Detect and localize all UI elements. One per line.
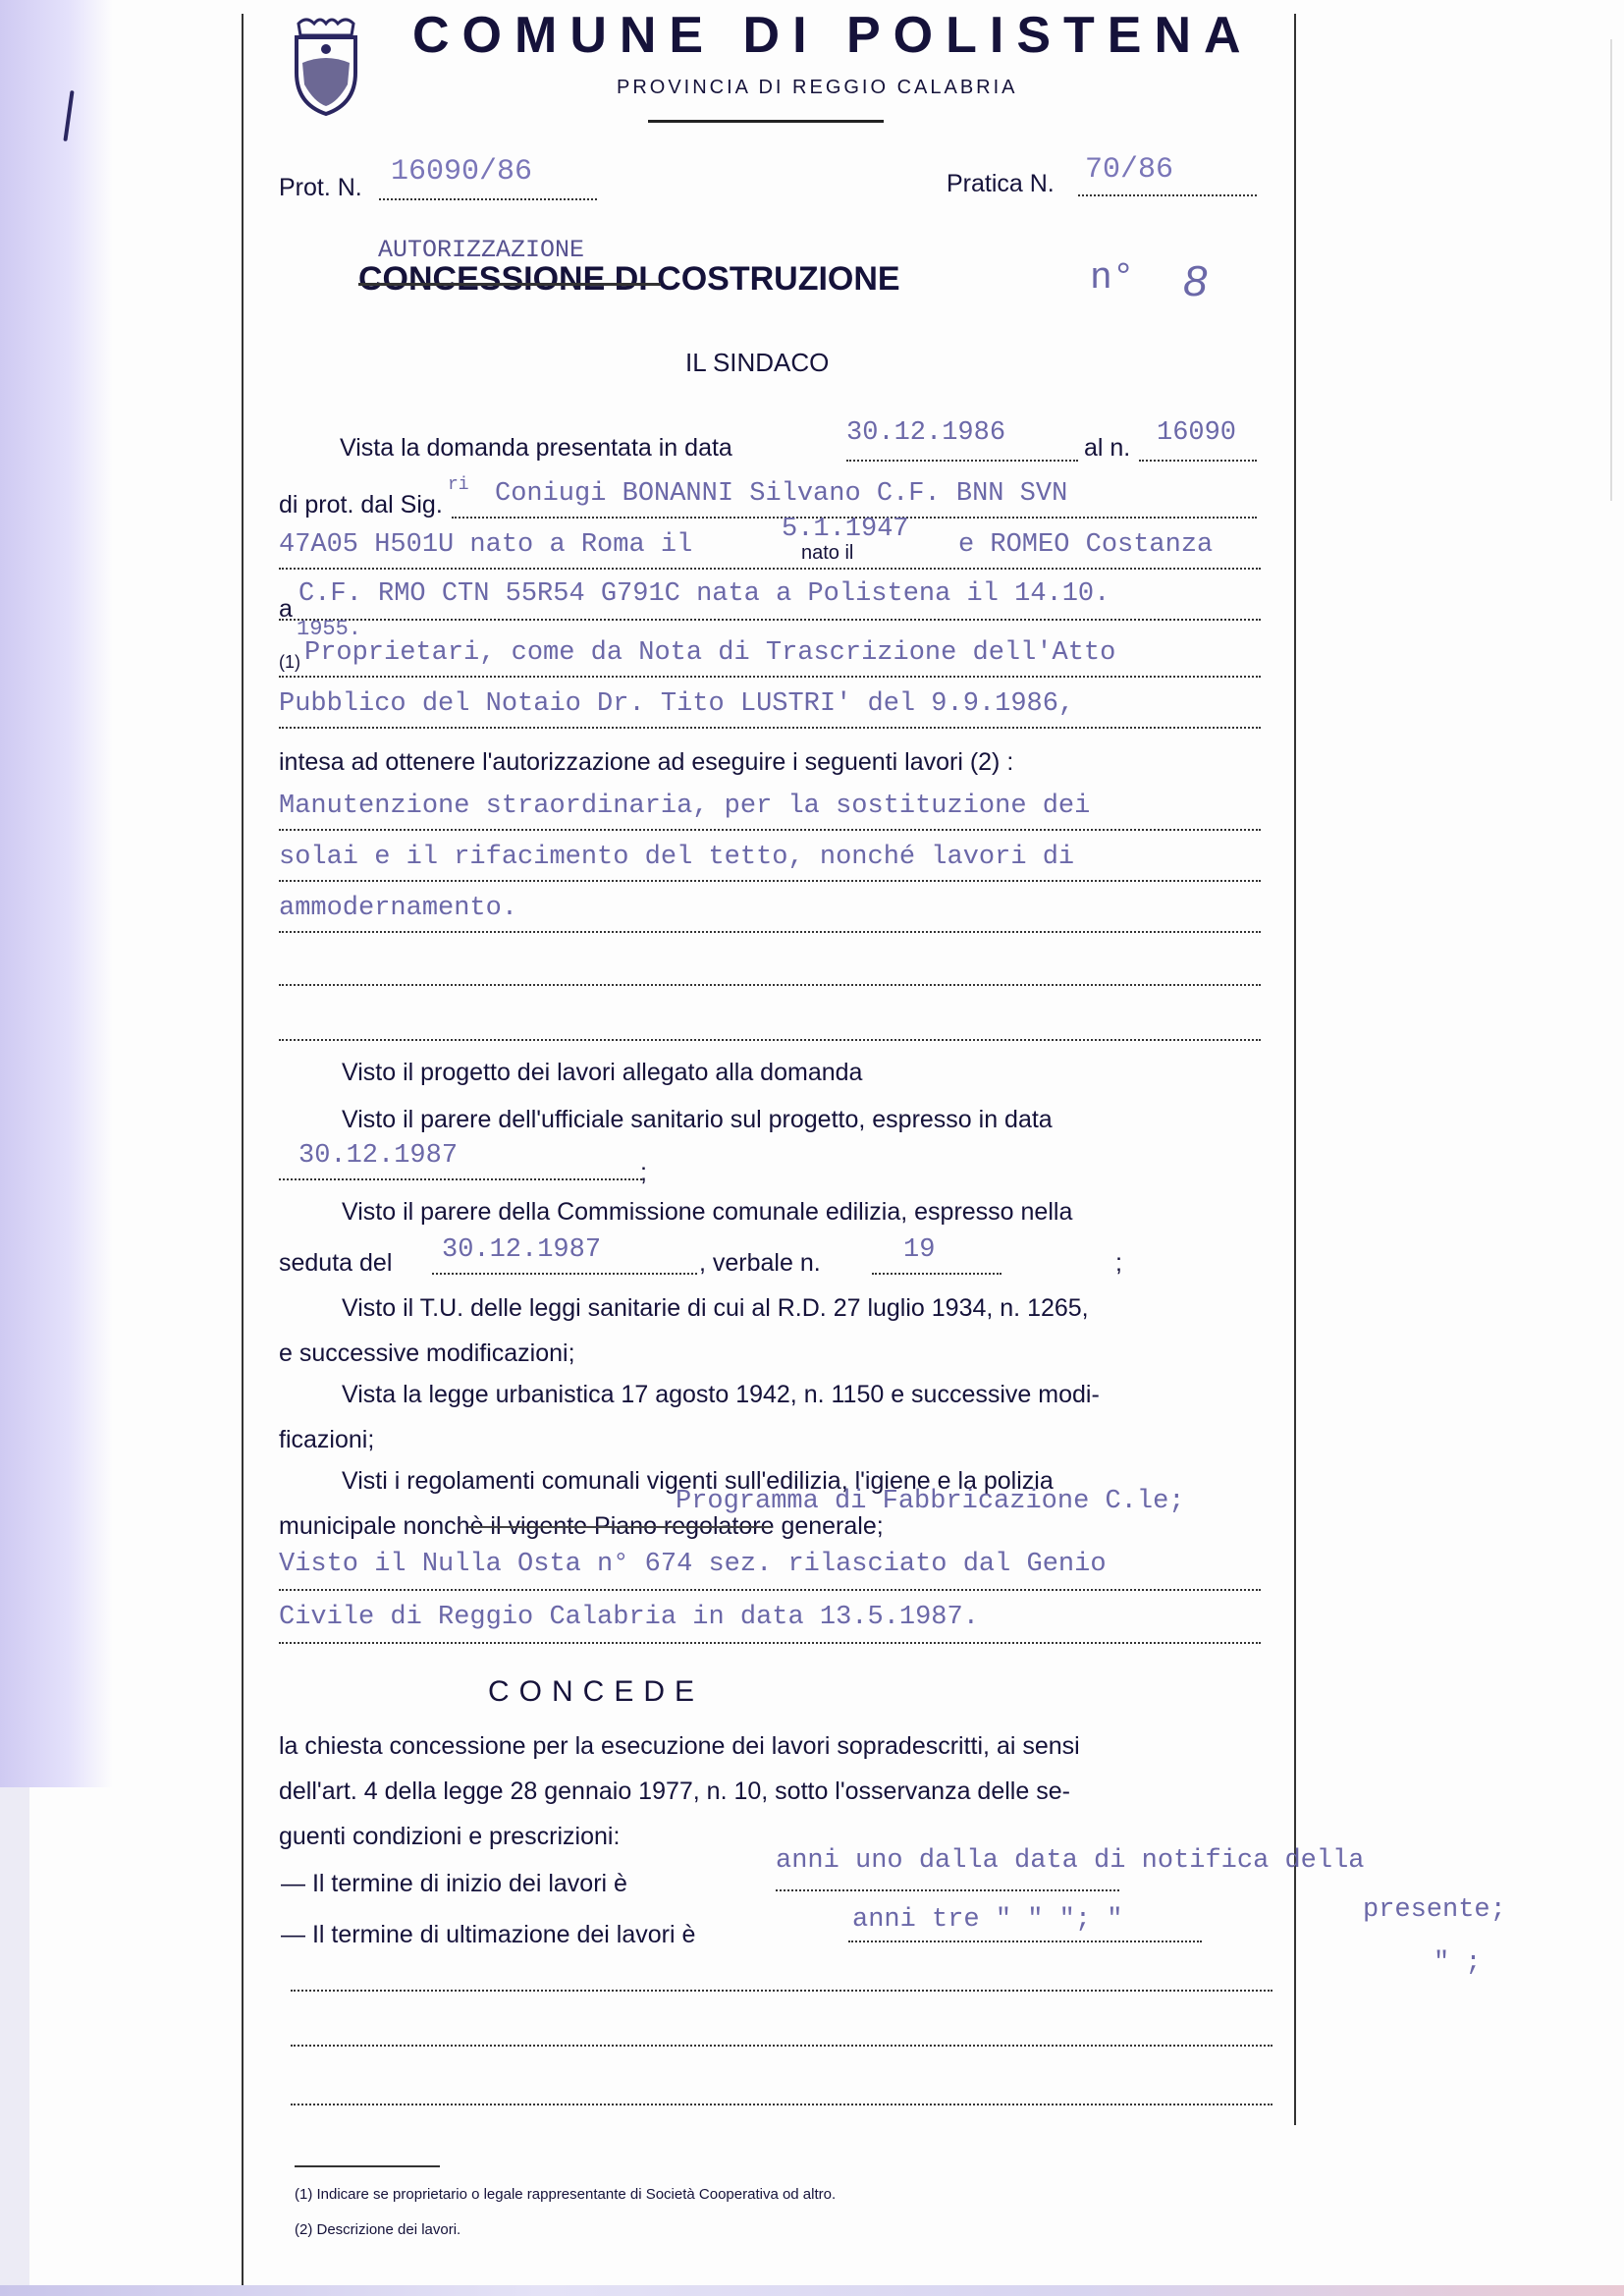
- continuation-text: presente;: [1363, 1895, 1506, 1925]
- authority-heading: IL SINDACO: [685, 348, 829, 378]
- consideration-progetto: Visto il progetto dei lavori allegato al…: [342, 1059, 862, 1087]
- consideration-urbanistica-cont: ficazioni;: [279, 1426, 374, 1454]
- applicant-suffix: ri: [448, 475, 469, 495]
- grant-text: guenti condizioni e prescrizioni:: [279, 1823, 620, 1851]
- document-title: CONCESSIONE DI COSTRUZIONE: [358, 260, 900, 299]
- pratica-number: 70/86: [1085, 153, 1173, 187]
- field-line: [291, 1990, 1272, 1992]
- scan-edge: [1610, 39, 1612, 501]
- title-number: 8: [1183, 257, 1207, 306]
- grant-text: dell'art. 4 della legge 28 gennaio 1977,…: [279, 1777, 1070, 1806]
- verbale-number: 19: [903, 1235, 935, 1265]
- pratica-field-line: [1078, 194, 1257, 196]
- typed-correction: Programma di Fabbricazione C.le;: [676, 1487, 1184, 1516]
- prot-field-line: [379, 198, 597, 200]
- works-line: Manutenzione straordinaria, per la sosti…: [279, 792, 1090, 821]
- birth-date: 5.1.1947: [782, 515, 909, 544]
- application-num: 16090: [1157, 418, 1236, 448]
- consideration-urbanistica: Vista la legge urbanistica 17 agosto 194…: [342, 1381, 1100, 1409]
- application-num-label: al n.: [1084, 434, 1130, 463]
- field-line: [279, 568, 1261, 570]
- consideration-sanitario: Visto il parere dell'ufficiale sanitario…: [342, 1106, 1053, 1134]
- works-line: ammodernamento.: [279, 894, 517, 923]
- field-line: [279, 984, 1261, 986]
- scan-edge-bottom: [0, 2285, 1624, 2296]
- prot-label: Prot. N.: [279, 174, 362, 202]
- header-rule: [648, 120, 884, 123]
- application-label: Vista la domanda presentata in data: [340, 434, 732, 463]
- page-border-right: [1294, 14, 1296, 2125]
- municipality-name: COMUNE DI POLISTENA: [412, 6, 1254, 65]
- applicant-line: Pubblico del Notaio Dr. Tito LUSTRI' del…: [279, 689, 1074, 719]
- seduta-label: seduta del: [279, 1249, 392, 1278]
- pratica-label: Pratica N.: [947, 170, 1055, 198]
- field-line: [846, 460, 1078, 462]
- consideration-tu: Visto il T.U. delle leggi sanitarie di c…: [342, 1294, 1089, 1323]
- grant-text: la chiesta concessione per la esecuzione…: [279, 1732, 1080, 1761]
- sanitario-date: 30.12.1987: [298, 1141, 458, 1171]
- field-line: [279, 619, 1261, 621]
- field-line: [848, 1941, 1202, 1942]
- seduta-date: 30.12.1987: [442, 1235, 601, 1265]
- applicant-line: Proprietari, come da Nota di Trascrizion…: [304, 638, 1115, 668]
- scan-margin-tint: [0, 0, 113, 1787]
- field-line: [872, 1273, 1001, 1275]
- inizio-label: — Il termine di inizio dei lavori è: [281, 1870, 627, 1898]
- field-line: [279, 829, 1261, 831]
- field-line: [279, 880, 1261, 882]
- applicant-line: 47A05 H501U nato a Roma il: [279, 530, 692, 560]
- title-number-prefix: n°: [1090, 257, 1135, 300]
- nulla-osta-line: Visto il Nulla Osta n° 674 sez. rilascia…: [279, 1550, 1107, 1579]
- field-line: [432, 1273, 697, 1275]
- application-date: 30.12.1986: [846, 418, 1005, 448]
- title-strikethrough: [358, 283, 661, 286]
- works-line: solai e il rifacimento del tetto, nonché…: [279, 843, 1074, 872]
- punct: ;: [640, 1159, 647, 1187]
- consideration-commissione: Visto il parere della Commissione comuna…: [342, 1198, 1072, 1227]
- works-intro: intesa ad ottenere l'autorizzazione ad e…: [279, 748, 1013, 777]
- field-line: [279, 1039, 1261, 1041]
- printed-nato-label: nato il: [801, 542, 853, 565]
- grant-heading: CONCEDE: [0, 1675, 1408, 1709]
- field-line: [279, 676, 1261, 678]
- applicant-line: e ROMEO Costanza: [958, 530, 1213, 560]
- footnote-2: (2) Descrizione dei lavori.: [295, 2221, 460, 2238]
- inizio-value: anni uno dalla data di notifica della: [776, 1846, 1365, 1876]
- coat-of-arms-icon: [287, 14, 365, 116]
- applicant-line: Coniugi BONANNI Silvano C.F. BNN SVN: [495, 479, 1067, 509]
- field-line: [279, 1589, 1261, 1591]
- field-line: [1139, 460, 1257, 462]
- field-line: [776, 1889, 1119, 1891]
- applicant-label: di prot. dal Sig.: [279, 491, 443, 519]
- prot-number: 16090/86: [391, 155, 532, 189]
- ultimazione-label: — Il termine di ultimazione dei lavori è: [281, 1921, 695, 1949]
- scan-margin-tint: [0, 1787, 29, 2296]
- nulla-osta-line: Civile di Reggio Calabria in data 13.5.1…: [279, 1603, 979, 1632]
- field-line: [279, 931, 1261, 933]
- strikethrough: [467, 1526, 772, 1528]
- footnote-ref: (1): [279, 652, 300, 673]
- field-line: [279, 727, 1261, 729]
- ultimazione-value: anni tre " " "; ": [852, 1905, 1122, 1935]
- verbale-label: , verbale n.: [699, 1249, 821, 1278]
- province-name: PROVINCIA DI REGGIO CALABRIA: [617, 77, 1018, 99]
- applicant-line: C.F. RMO CTN 55R54 G791C nata a Polisten…: [298, 579, 1110, 609]
- field-line: [279, 1642, 1261, 1644]
- field-line: [291, 2045, 1272, 2047]
- footnote-1: (1) Indicare se proprietario o legale ra…: [295, 2186, 836, 2203]
- continuation-text: " ;: [1434, 1948, 1482, 1978]
- field-line: [279, 1178, 642, 1180]
- punct: ;: [1115, 1249, 1122, 1278]
- footnote-rule: [295, 2165, 440, 2167]
- page-border-left: [242, 14, 244, 2292]
- field-line: [291, 2104, 1272, 2105]
- consideration-tu-cont: e successive modificazioni;: [279, 1339, 575, 1368]
